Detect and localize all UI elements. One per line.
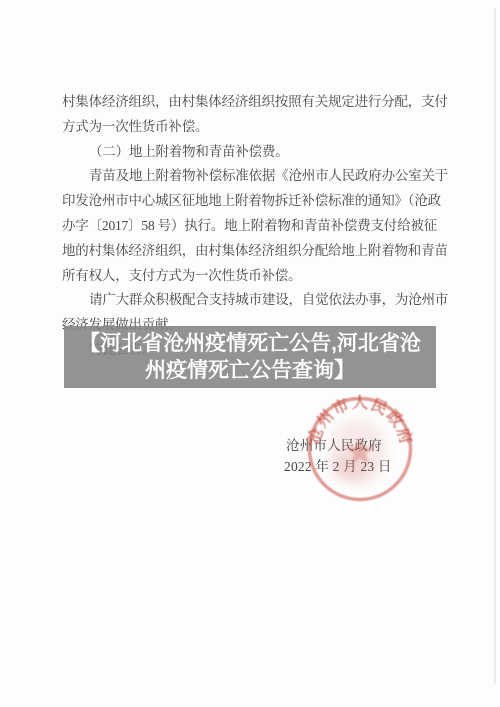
- document-line: 村集体经济组织，由村集体经济组织按照有关规定进行分配，支付: [62, 90, 446, 115]
- signature-date: 2022 年 2 月 23 日: [284, 457, 392, 478]
- overlay-title-banner: 【河北省沧州疫情死亡公告,河北省沧州疫情死亡公告查询】: [64, 326, 436, 388]
- overlay-title-line: 州疫情死亡公告查询】: [145, 357, 355, 384]
- document-line: 所有权人，支付方式为一次性货币补偿。: [62, 264, 446, 289]
- document-line: （二）地上附着物和青苗补偿费。: [62, 140, 446, 165]
- document-line: 青苗及地上附着物补偿标准依据《沧州市人民政府办公室关于: [62, 164, 446, 189]
- scan-edge-line: [494, 8, 496, 684]
- document-line: 请广大群众积极配合支持城市建设，自觉依法办事，为沧州市: [62, 288, 446, 313]
- document-line: 办字〔2017〕58 号）执行。地上附着物和青苗补偿费支付给被征: [62, 214, 446, 239]
- document-line: 方式为一次性货币补偿。: [62, 115, 446, 140]
- document-line: 地的村集体经济组织，由村集体经济组织分配给地上附着物和青苗: [62, 239, 446, 264]
- document-line: 印发沧州市中心城区征地地上附着物拆迁补偿标准的通知》（沧政: [62, 189, 446, 214]
- overlay-title-line: 【河北省沧州疫情死亡公告,河北省沧: [79, 330, 421, 357]
- signature-block: 沧州市人民政府 2022 年 2 月 23 日: [284, 436, 392, 477]
- signature-issuer: 沧州市人民政府: [284, 436, 392, 457]
- scanned-notice-page: 村集体经济组织，由村集体经济组织按照有关规定进行分配，支付方式为一次性货币补偿。…: [0, 0, 500, 707]
- document-body: 村集体经济组织，由村集体经济组织按照有关规定进行分配，支付方式为一次性货币补偿。…: [62, 90, 446, 363]
